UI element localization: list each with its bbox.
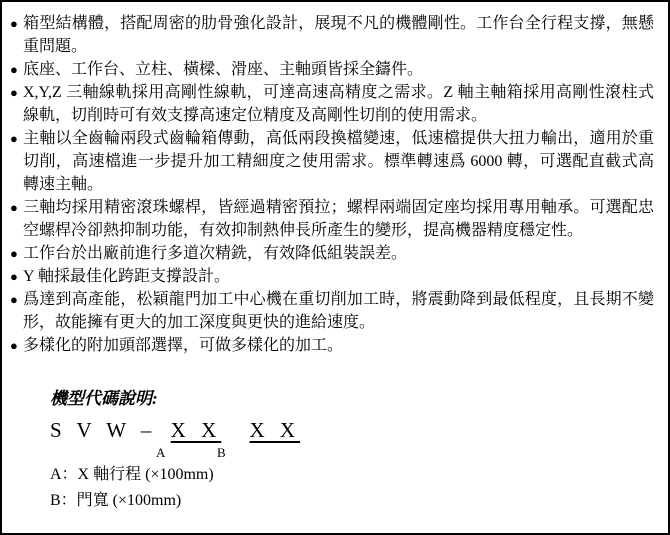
bullet-icon: ● xyxy=(10,127,23,150)
bullet-icon: ● xyxy=(10,334,23,357)
feature-item: ●三軸均採用精密滾珠螺桿，皆經過精密預拉；螺桿兩端固定座均採用專用軸承。可選配忠… xyxy=(10,196,654,242)
feature-text: 主軸以全齒輪兩段式齒輪箱傳動，高低兩段換檔變速，低速檔提供大扭力輸出，適用於重切… xyxy=(23,130,654,193)
feature-item: ●底座、工作台、立柱、橫樑、滑座、主軸頭皆採全鑄件。 xyxy=(10,58,654,81)
feature-text: X,Y,Z 三軸線軌採用高剛性線軌，可達高速高精度之需求。Z 軸主軸箱採用高剛性… xyxy=(23,84,654,124)
feature-item: ●多樣化的附加頭部選擇，可做多樣化的加工。 xyxy=(10,334,654,357)
model-code-formula: S V W – X X X X xyxy=(50,415,654,445)
model-code-section: 機型代碼說明: S V W – X X X X A B A：X 軸行程 (×10… xyxy=(50,387,654,514)
model-code-group-labels: A B xyxy=(50,445,654,462)
feature-text: 爲達到高產能，松穎龍門加工中心機在重切削加工時，將震動降到最低程度，且長期不變形… xyxy=(23,291,654,331)
code-description-b: B：門寬 (×100mm) xyxy=(50,488,654,514)
model-code-group-b: X X xyxy=(250,418,301,442)
bullet-icon: ● xyxy=(10,58,23,81)
feature-text: 三軸均採用精密滾珠螺桿，皆經過精密預拉；螺桿兩端固定座均採用專用軸承。可選配忠空… xyxy=(23,199,654,239)
bullet-icon: ● xyxy=(10,81,23,104)
group-a-label: A xyxy=(156,445,165,461)
document-page: ●箱型結構體，搭配周密的肋骨強化設計，展現不凡的機體剛性。工作台全行程支撐，無懸… xyxy=(0,0,670,535)
feature-item: ●X,Y,Z 三軸線軌採用高剛性線軌，可達高速高精度之需求。Z 軸主軸箱採用高剛… xyxy=(10,81,654,127)
feature-text: Y 軸採最佳化跨距支撐設計。 xyxy=(23,268,230,285)
feature-list: ●箱型結構體，搭配周密的肋骨強化設計，展現不凡的機體剛性。工作台全行程支撐，無懸… xyxy=(10,12,654,357)
code-description-a: A：X 軸行程 (×100mm) xyxy=(50,462,654,488)
bullet-icon: ● xyxy=(10,242,23,265)
bullet-icon: ● xyxy=(10,196,23,219)
feature-text: 底座、工作台、立柱、橫樑、滑座、主軸頭皆採全鑄件。 xyxy=(23,61,423,78)
feature-item: ●工作台於出廠前進行多道次精銑，有效降低組裝誤差。 xyxy=(10,242,654,265)
bullet-icon: ● xyxy=(10,265,23,288)
feature-text: 工作台於出廠前進行多道次精銑，有效降低組裝誤差。 xyxy=(23,245,407,262)
feature-text: 箱型結構體，搭配周密的肋骨強化設計，展現不凡的機體剛性。工作台全行程支撐，無懸重… xyxy=(23,15,654,55)
feature-item: ●Y 軸採最佳化跨距支撐設計。 xyxy=(10,265,654,288)
model-code-group-a: X X xyxy=(171,418,222,442)
feature-item: ●主軸以全齒輪兩段式齒輪箱傳動，高低兩段換檔變速，低速檔提供大扭力輸出，適用於重… xyxy=(10,127,654,196)
feature-item: ●爲達到高產能，松穎龍門加工中心機在重切削加工時，將震動降到最低程度，且長期不變… xyxy=(10,288,654,334)
feature-text: 多樣化的附加頭部選擇，可做多樣化的加工。 xyxy=(23,337,343,354)
model-code-prefix: S V W – xyxy=(50,418,156,442)
model-code-title: 機型代碼說明: xyxy=(50,387,654,411)
feature-item: ●箱型結構體，搭配周密的肋骨強化設計，展現不凡的機體剛性。工作台全行程支撐，無懸… xyxy=(10,12,654,58)
bullet-icon: ● xyxy=(10,288,23,311)
group-b-label: B xyxy=(217,445,226,461)
bullet-icon: ● xyxy=(10,12,23,35)
